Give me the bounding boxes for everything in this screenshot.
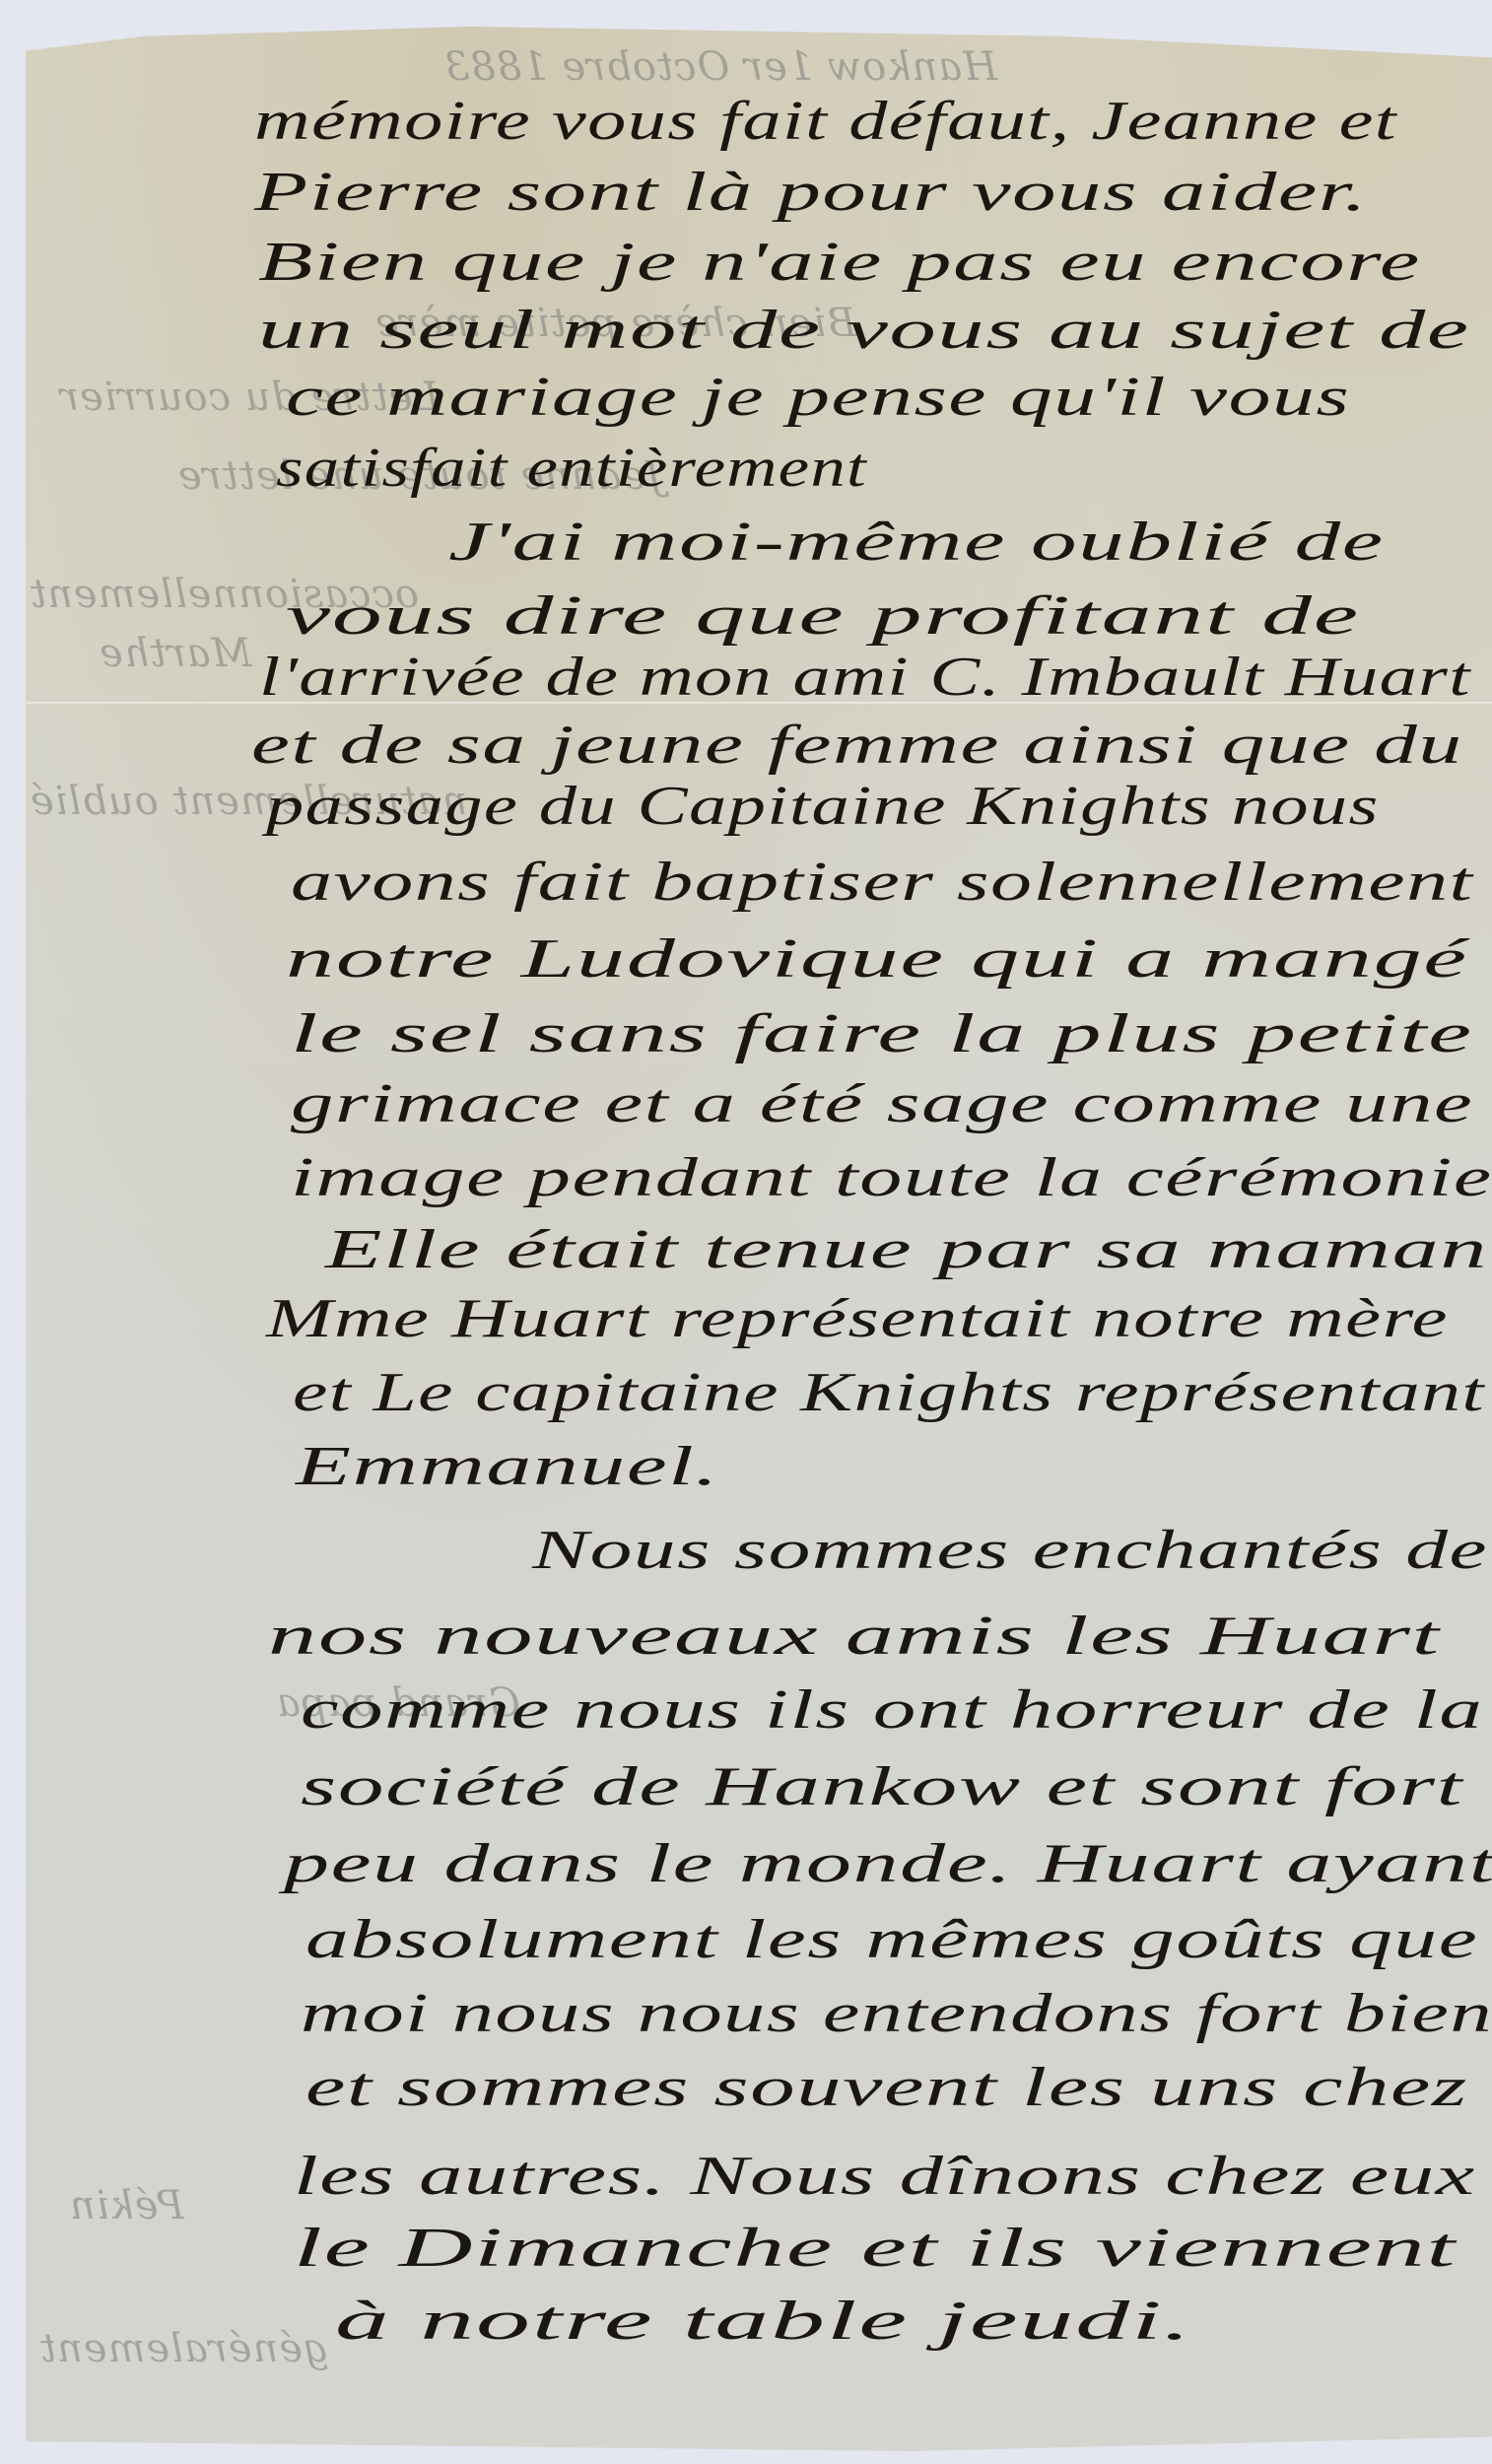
- letter-line: un seul mot de vous au sujet de: [258, 303, 1470, 358]
- letter-line: et sommes souvent les uns chez: [305, 2060, 1468, 2115]
- bleed-through-text: généralement: [39, 2326, 329, 2371]
- letter-line: satisfait entièrement: [276, 441, 867, 496]
- letter-line: les autres. Nous dînons chez eux: [294, 2149, 1476, 2204]
- letter-line: à notre table jeudi.: [335, 2293, 1192, 2349]
- letter-line: notre Ludovique qui a mangé: [286, 931, 1468, 987]
- letter-line: J'ai moi-même oublié de: [448, 514, 1385, 570]
- letter-line: et de sa jeune femme ainsi que du: [251, 718, 1463, 773]
- bleed-through-text: Marthe: [99, 631, 251, 676]
- letter-line: le Dimanche et ils viennent: [294, 2221, 1457, 2276]
- letter-line: société de Hankow et sont fort: [301, 1759, 1463, 1814]
- letter-line: peu dans le monde. Huart ayant: [284, 1836, 1492, 1891]
- letter-line: l'arrivée de mon ami C. Imbault Huart: [259, 650, 1471, 705]
- letter-line: Nous sommes enchantés de: [532, 1523, 1488, 1578]
- letter-line: absolument les mêmes goûts que: [305, 1912, 1478, 1967]
- letter-line: mémoire vous fait défaut, Jeanne et: [254, 94, 1397, 149]
- letter-line: ce mariage je pense qu'il vous: [286, 370, 1350, 425]
- letter-line: comme nous ils ont horreur de la: [301, 1682, 1483, 1738]
- letter-line: passage du Capitaine Knights nous: [266, 779, 1380, 834]
- letter-line: nos nouveaux amis les Huart: [268, 1608, 1441, 1664]
- letter-line: image pendant toute la cérémonie: [291, 1150, 1492, 1205]
- letter-line: Mme Huart représentait notre mère: [266, 1291, 1449, 1346]
- letter-line: Emmanuel.: [296, 1439, 719, 1494]
- letter-line: Elle était tenue par sa maman: [325, 1222, 1488, 1277]
- letter-line: le sel sans faire la plus petite: [291, 1006, 1473, 1061]
- letter-line: et Le capitaine Knights représentant: [293, 1365, 1485, 1420]
- letter-line: avons fait baptiser solennellement: [291, 855, 1473, 910]
- letter-line: grimace et a été sage comme une: [291, 1076, 1473, 1131]
- letter-line: vous dire que profitant de: [286, 588, 1360, 644]
- letter-line: moi nous nous entendons fort bien: [301, 1986, 1492, 2041]
- letter-line: Pierre sont là pour vous aider.: [254, 165, 1368, 220]
- bleed-through-text: Pékin: [69, 2183, 184, 2228]
- letter-line: Bien que je n'aie pas eu encore: [258, 235, 1421, 290]
- bleed-through-text: Hankow 1er Octobre 1883: [443, 44, 997, 90]
